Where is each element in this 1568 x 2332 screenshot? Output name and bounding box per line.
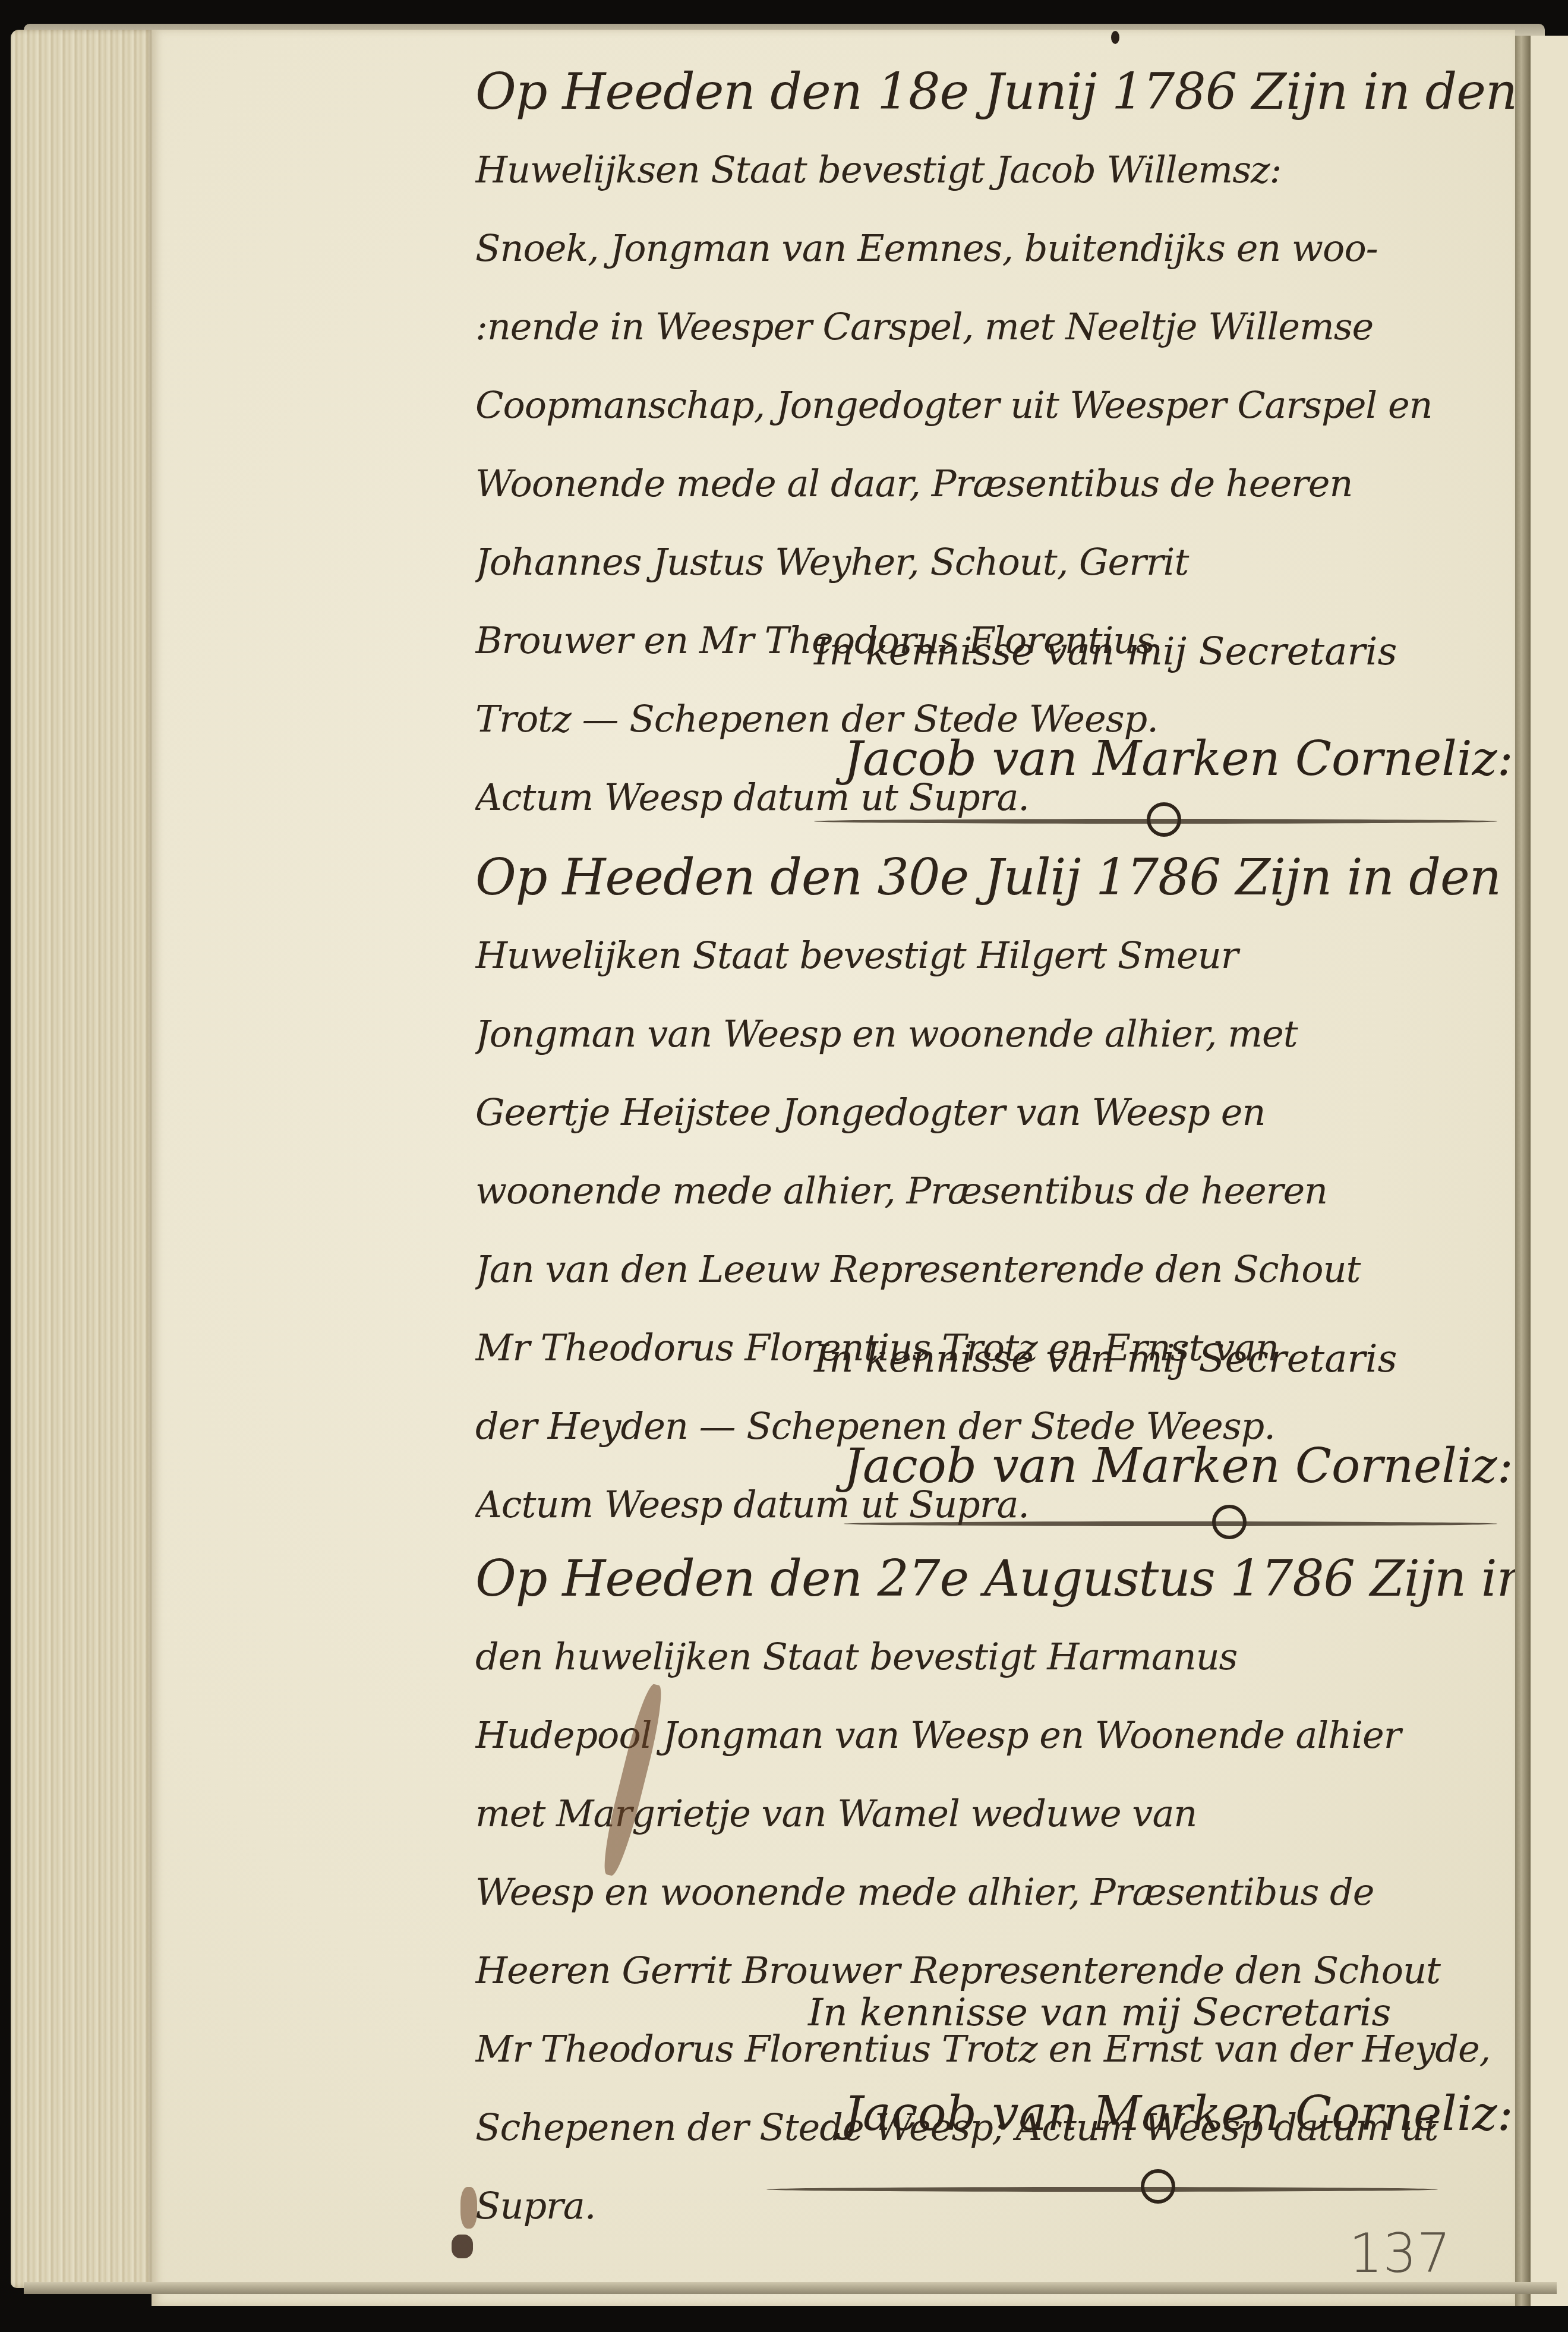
entry-1: Op Heeden den 18e Junij 1786 Zijn in den… (475, 52, 1515, 837)
flourish-knot (1212, 1505, 1247, 1539)
entry-line: Huwelijken Staat bevestigt Hilgert Smeur (475, 916, 1515, 995)
entry-line: Op Heeden den 18e Junij 1786 Zijn in den (475, 52, 1515, 131)
entry-line: Jan van den Leeuw Representerende den Sc… (475, 1230, 1515, 1309)
ink-blot (1111, 31, 1119, 44)
attestation-2: In kennisse van mij Secretaris (814, 1337, 1397, 1381)
book-gutter (1515, 36, 1531, 2306)
entry-line: woonende mede alhier, Præsentibus de hee… (475, 1152, 1515, 1230)
facing-page-edge (1531, 36, 1568, 2306)
entry-line: Johannes Justus Weyher, Schout, Gerrit (475, 523, 1515, 601)
flourish-knot (1147, 802, 1181, 837)
entry-line: Huwelijksen Staat bevestigt Jacob Willem… (475, 131, 1515, 209)
separator-flourish (844, 1521, 1497, 1526)
entry-line: Snoek, Jongman van Eemnes, buitendijks e… (475, 209, 1515, 288)
entry-line: Op Heeden den 27e Augustus 1786 Zijn in (475, 1539, 1515, 1618)
book-page-stack (11, 30, 153, 2288)
flourish-knot (1141, 2169, 1175, 2204)
ink-blot (452, 2235, 473, 2258)
signature-2: Jacob van Marken Corneliz: (844, 1438, 1513, 1493)
entry-line: Woonende mede al daar, Præsentibus de he… (475, 445, 1515, 523)
book-bottom-edge (24, 2282, 1557, 2294)
closing-flourish (766, 2187, 1438, 2192)
ink-stain (460, 2187, 477, 2229)
entry-line: den huwelijken Staat bevestigt Harmanus (475, 1618, 1515, 1696)
attestation-3: In kennisse van mij Secretaris (808, 1991, 1391, 2035)
entry-line: Weesp en woonende mede alhier, Præsentib… (475, 1853, 1515, 1931)
entry-line: Coopmanschap, Jongedogter uit Weesper Ca… (475, 366, 1515, 445)
page-number: 137 (1349, 2223, 1451, 2285)
signature-3: Jacob van Marken Corneliz: (844, 2086, 1513, 2141)
entry-line: Jongman van Weesp en woonende alhier, me… (475, 995, 1515, 1073)
attestation-1: In kennisse van mij Secretaris (814, 630, 1397, 674)
entry-line: :nende in Weesper Carspel, met Neeltje W… (475, 288, 1515, 366)
entry-line: Geertje Heijstee Jongedogter van Weesp e… (475, 1073, 1515, 1152)
signature-1: Jacob van Marken Corneliz: (844, 731, 1513, 786)
entry-line: Op Heeden den 30e Julij 1786 Zijn in den (475, 838, 1515, 916)
